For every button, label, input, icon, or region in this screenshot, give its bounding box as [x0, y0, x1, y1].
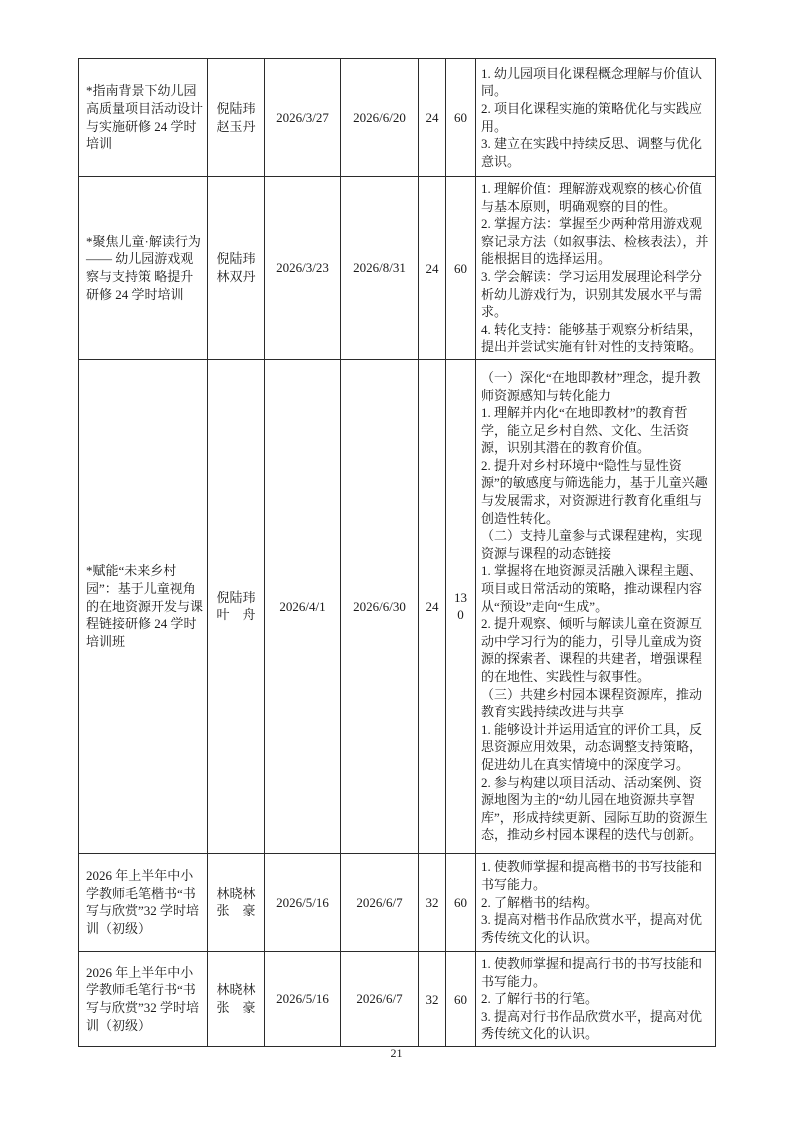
fee-cell: 60	[446, 951, 476, 1046]
fee-cell: 60	[446, 177, 476, 360]
fee-value: 60	[454, 894, 467, 912]
end-date-cell: 2026/6/30	[341, 359, 419, 853]
table-row: *指南背景下幼儿园高质量项目活动设计与实施研修 24 学时培训 倪陆玮 赵玉丹 …	[79, 59, 716, 177]
hours-cell: 24	[419, 59, 446, 177]
end-date-cell: 2026/6/20	[341, 59, 419, 177]
teachers-cell: 倪陆玮 林双丹	[208, 177, 265, 360]
fee-cell: 60	[446, 59, 476, 177]
fee-value: 130	[452, 589, 469, 624]
training-schedule-table: *指南背景下幼儿园高质量项目活动设计与实施研修 24 学时培训 倪陆玮 赵玉丹 …	[78, 58, 716, 1047]
course-name-cell: *指南背景下幼儿园高质量项目活动设计与实施研修 24 学时培训	[79, 59, 208, 177]
start-date-cell: 2026/3/27	[265, 59, 341, 177]
fee-value: 60	[454, 991, 467, 1009]
course-name-cell: 2026 年上半年中小学教师毛笔楷书“书写与欣赏”32 学时培训（初级）	[79, 853, 208, 951]
teachers-cell: 倪陆玮 赵玉丹	[208, 59, 265, 177]
table-row: 2026 年上半年中小学教师毛笔行书“书写与欣赏”32 学时培训（初级） 林晓林…	[79, 951, 716, 1046]
hours-cell: 24	[419, 177, 446, 360]
course-name-cell: 2026 年上半年中小学教师毛笔行书“书写与欣赏”32 学时培训（初级）	[79, 951, 208, 1046]
table-row: *赋能“未来乡村园”：基于儿童视角的在地资源开发与课程链接研修 24 学时培训班…	[79, 359, 716, 853]
objectives-cell: 1. 使教师掌握和提高楷书的书写技能和书写能力。 2. 了解楷书的结构。 3. …	[476, 853, 716, 951]
end-date-cell: 2026/6/7	[341, 951, 419, 1046]
objectives-cell: （一）深化“在地即教材”理念，提升教师资源感知与转化能力 1. 理解并内化“在地…	[476, 359, 716, 853]
end-date-cell: 2026/8/31	[341, 177, 419, 360]
course-name-cell: *赋能“未来乡村园”：基于儿童视角的在地资源开发与课程链接研修 24 学时培训班	[79, 359, 208, 853]
objectives-cell: 1. 使教师掌握和提高行书的书写技能和书写能力。 2. 了解行书的行笔。 3. …	[476, 951, 716, 1046]
objectives-cell: 1. 幼儿园项目化课程概念理解与价值认同。 2. 项目化课程实施的策略优化与实践…	[476, 59, 716, 177]
fee-value: 60	[454, 260, 467, 278]
fee-value: 60	[454, 109, 467, 127]
hours-value: 32	[426, 894, 439, 912]
end-date-cell: 2026/6/7	[341, 853, 419, 951]
hours-cell: 32	[419, 853, 446, 951]
teachers-cell: 倪陆玮 叶 舟	[208, 359, 265, 853]
hours-value: 24	[426, 598, 439, 616]
table-row: *聚焦儿童·解读行为—— 幼儿园游戏观察与支持策 略提升研修 24 学时培训 倪…	[79, 177, 716, 360]
fee-cell: 130	[446, 359, 476, 853]
objectives-cell: 1. 理解价值：理解游戏观察的核心价值与基本原则，明确观察的目的性。 2. 掌握…	[476, 177, 716, 360]
fee-cell: 60	[446, 853, 476, 951]
start-date-cell: 2026/5/16	[265, 951, 341, 1046]
hours-cell: 32	[419, 951, 446, 1046]
teachers-cell: 林晓林 张 豪	[208, 951, 265, 1046]
page-number: 21	[0, 1046, 793, 1060]
start-date-cell: 2026/3/23	[265, 177, 341, 360]
teachers-cell: 林晓林 张 豪	[208, 853, 265, 951]
course-name-cell: *聚焦儿童·解读行为—— 幼儿园游戏观察与支持策 略提升研修 24 学时培训	[79, 177, 208, 360]
start-date-cell: 2026/4/1	[265, 359, 341, 853]
document-page: *指南背景下幼儿园高质量项目活动设计与实施研修 24 学时培训 倪陆玮 赵玉丹 …	[0, 0, 793, 1122]
hours-value: 32	[426, 991, 439, 1009]
hours-cell: 24	[419, 359, 446, 853]
table-row: 2026 年上半年中小学教师毛笔楷书“书写与欣赏”32 学时培训（初级） 林晓林…	[79, 853, 716, 951]
hours-value: 24	[426, 260, 439, 278]
hours-value: 24	[426, 109, 439, 127]
start-date-cell: 2026/5/16	[265, 853, 341, 951]
